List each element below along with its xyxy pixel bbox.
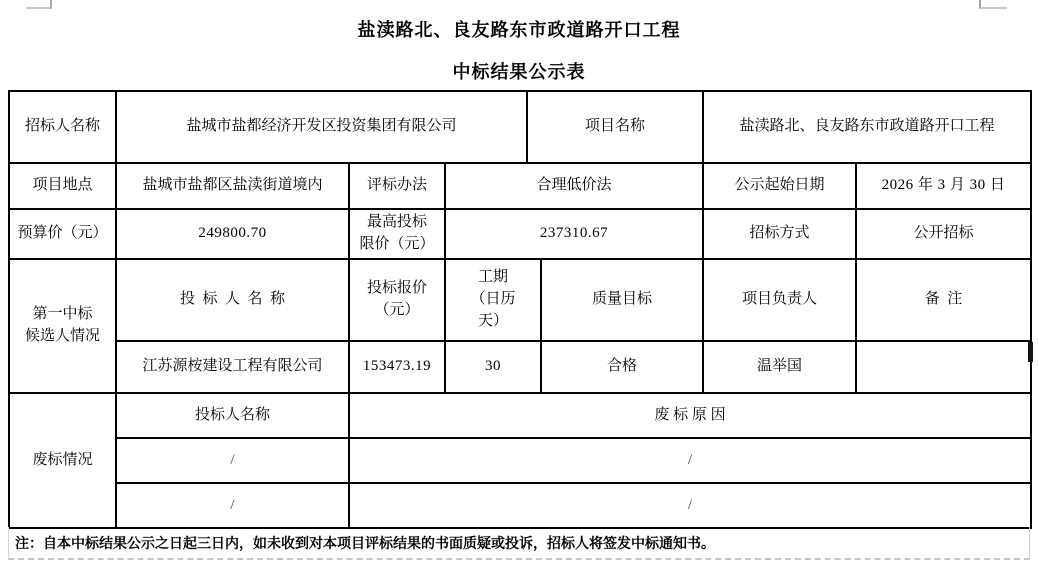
candidate-section-label: 第一中标 候选人情况 xyxy=(9,259,116,393)
footer-note: 注：自本中标结果公示之日起三日内，如未收到对本项目评标结果的书面质疑或投诉，招标… xyxy=(8,527,1030,560)
rejected-1-reason: / xyxy=(349,438,1031,483)
candidate-remark-header: 备 注 xyxy=(856,259,1031,341)
row-tenderee: 招标人名称 盐城市盐都经济开发区投资集团有限公司 项目名称 盐渎路北、良友路东市… xyxy=(9,91,1031,163)
candidate-quality-header: 质量目标 xyxy=(541,259,703,341)
bid-mode-value: 公开招标 xyxy=(856,209,1031,259)
tenderee-label: 招标人名称 xyxy=(9,91,116,163)
max-price-label: 最高投标 限价（元） xyxy=(349,209,445,259)
max-price-value: 237310.67 xyxy=(445,209,703,259)
document-title-line2: 中标结果公示表 xyxy=(0,42,1038,84)
tenderee-value: 盐城市盐都经济开发区投资集团有限公司 xyxy=(116,91,527,163)
candidate-remark-value xyxy=(856,341,1031,393)
budget-value: 249800.70 xyxy=(116,209,349,259)
rejected-2-name: / xyxy=(116,483,349,528)
row-rejected-2: / / xyxy=(9,483,1031,528)
candidate-price-header: 投标报价 （元） xyxy=(349,259,445,341)
candidate-manager-header: 项目负责人 xyxy=(703,259,856,341)
candidate-quality-value: 合格 xyxy=(541,341,703,393)
budget-label: 预算价（元） xyxy=(9,209,116,259)
eval-method-value: 合理低价法 xyxy=(445,163,703,209)
eval-method-label: 评标办法 xyxy=(349,163,445,209)
candidate-manager-value: 温举国 xyxy=(703,341,856,393)
bid-result-table: 招标人名称 盐城市盐都经济开发区投资集团有限公司 项目名称 盐渎路北、良友路东市… xyxy=(8,90,1032,529)
row-rejected-1: / / xyxy=(9,438,1031,483)
bid-mode-label: 招标方式 xyxy=(703,209,856,259)
rejected-2-reason: / xyxy=(349,483,1031,528)
rejected-1-name: / xyxy=(116,438,349,483)
row-candidate-header: 第一中标 候选人情况 投 标 人 名 称 投标报价 （元） 工期 （日历 天） … xyxy=(9,259,1031,341)
candidate-name-header: 投 标 人 名 称 xyxy=(116,259,349,341)
rejected-reason-header: 废 标 原 因 xyxy=(349,393,1031,438)
rejected-section-label: 废标情况 xyxy=(9,393,116,528)
row-rejected-header: 废标情况 投标人名称 废 标 原 因 xyxy=(9,393,1031,438)
location-label: 项目地点 xyxy=(9,163,116,209)
publicity-date-label: 公示起始日期 xyxy=(703,163,856,209)
window-corner-fragment-right xyxy=(979,0,1007,9)
candidate-name-value: 江苏源桉建设工程有限公司 xyxy=(116,341,349,393)
row-location: 项目地点 盐城市盐都区盐渎街道境内 评标办法 合理低价法 公示起始日期 2026… xyxy=(9,163,1031,209)
location-value: 盐城市盐都区盐渎街道境内 xyxy=(116,163,349,209)
document-title-line1: 盐渎路北、良友路东市政道路开口工程 xyxy=(0,0,1038,42)
rejected-name-header: 投标人名称 xyxy=(116,393,349,438)
candidate-duration-header: 工期 （日历 天） xyxy=(445,259,541,341)
project-name-label: 项目名称 xyxy=(527,91,703,163)
announcement-page: 盐渎路北、良友路东市政道路开口工程 中标结果公示表 招标人名称 盐城市盐都经济开… xyxy=(0,0,1038,569)
scrollbar-thumb[interactable] xyxy=(1028,342,1033,362)
publicity-date-value: 2026 年 3 月 30 日 xyxy=(856,163,1031,209)
row-candidate-data: 江苏源桉建设工程有限公司 153473.19 30 合格 温举国 xyxy=(9,341,1031,393)
candidate-price-value: 153473.19 xyxy=(349,341,445,393)
candidate-duration-value: 30 xyxy=(445,341,541,393)
window-corner-fragment-left xyxy=(26,0,52,9)
project-name-value: 盐渎路北、良友路东市政道路开口工程 xyxy=(703,91,1031,163)
row-budget: 预算价（元） 249800.70 最高投标 限价（元） 237310.67 招标… xyxy=(9,209,1031,259)
